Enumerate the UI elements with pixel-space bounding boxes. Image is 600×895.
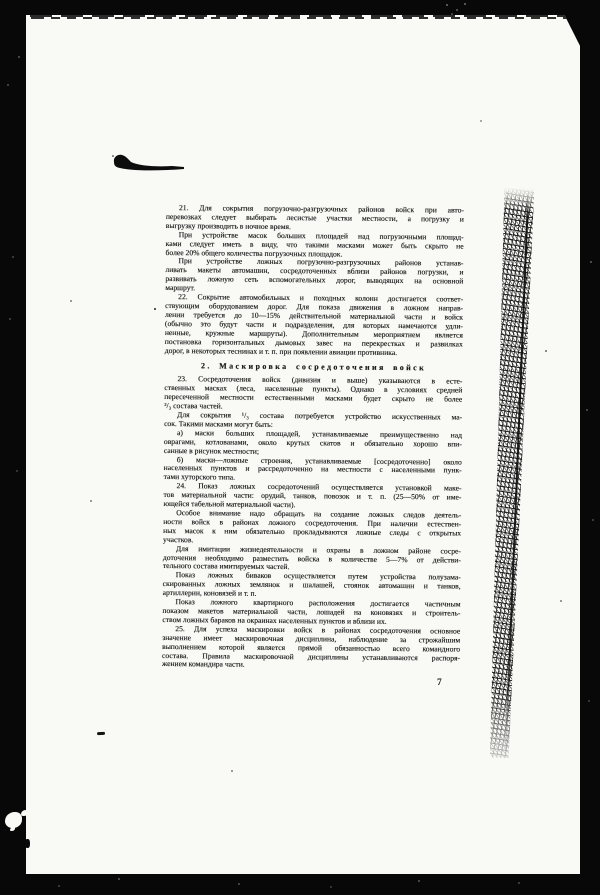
paragraph: б) маски—ложные строения, устанавливаемы…: [164, 456, 462, 485]
dust-specks-artifact: [0, 0, 2, 2]
paragraph: 23. Сосредоточения войск (дивизия и выше…: [164, 375, 462, 413]
paragraph: Для имитации жизнедеятельности и охраны …: [163, 545, 461, 574]
scan-background: 21. Для сокрытия погрузочно-разгрузочных…: [0, 0, 600, 895]
ink-dash-artifact: [97, 732, 105, 735]
paragraph: При устройстве ложных погрузочно-разгруз…: [165, 257, 463, 295]
paragraph: При устройстве масок больших площадей на…: [166, 231, 464, 260]
page-top-edge-artifact: [30, 15, 578, 19]
page-number: 7: [437, 678, 442, 688]
paragraph: 24. Показ ложных сосредоточений осуществ…: [163, 482, 461, 511]
document-page: 21. Для сокрытия погрузочно-разгрузочных…: [26, 15, 580, 874]
paper-tear-artifact: [5, 812, 22, 828]
paragraph: Показ ложных биваков осуществляется путе…: [163, 571, 461, 600]
paper-flecks-artifact: [26, 15, 28, 17]
text-block: 21. Для сокрытия погрузочно-разгрузочных…: [162, 204, 464, 672]
section-heading: 2. Маскировка сосредоточения войск: [165, 361, 463, 374]
edge-notch-artifact: [25, 839, 30, 848]
speck-artifact: [154, 308, 156, 310]
paragraph: Особое внимание надо обращать на создани…: [163, 509, 461, 547]
paragraph: Показ ложного квартирного расположения д…: [162, 598, 460, 627]
paragraph: 22. Сокрытие автомобильных и походных ко…: [165, 293, 464, 358]
ink-blob-artifact: [110, 153, 188, 175]
paragraph: 21. Для сокрытия погрузочно-разгрузочных…: [166, 204, 464, 233]
gutter-shadow-artifact: [482, 188, 535, 759]
paragraph: а) маски больших площадей, устанавливаем…: [164, 429, 462, 458]
paragraph: 25. Для успеха маскировки войск в района…: [162, 625, 460, 672]
